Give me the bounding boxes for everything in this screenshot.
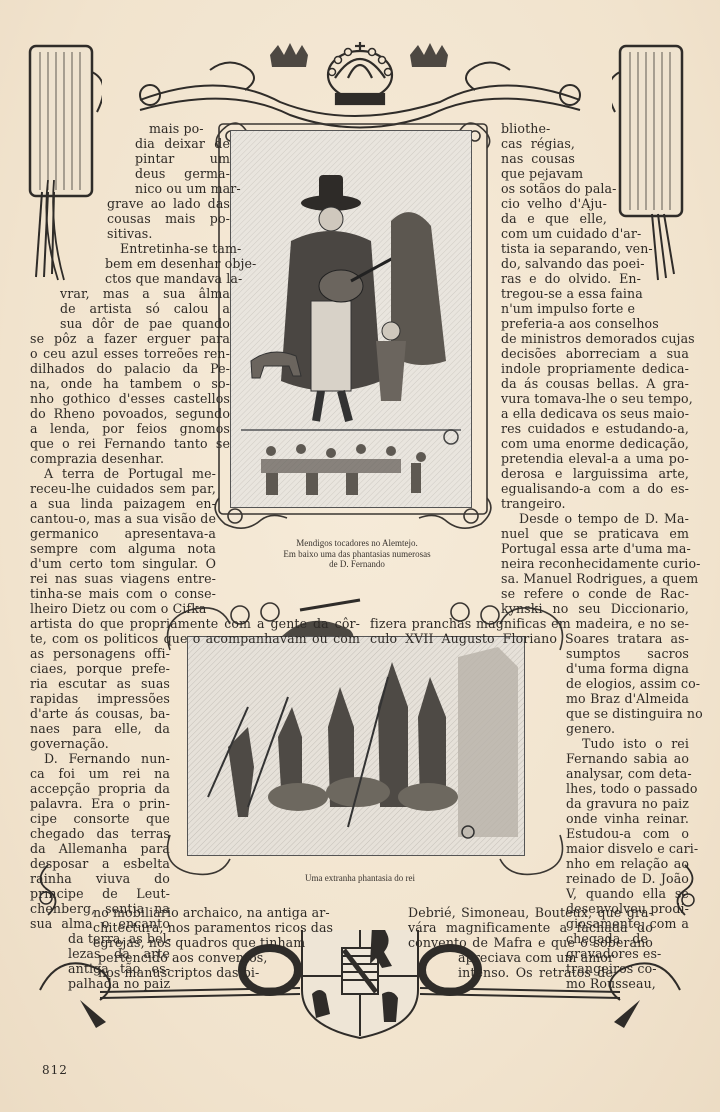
- text-line: nos manuscriptos das bi-: [98, 965, 259, 980]
- text-line: do, salvando das poei-: [501, 256, 641, 271]
- text-line: receu-lhe cuidados sem par,: [30, 481, 216, 496]
- text-line: com uma enorme dedicação,: [501, 436, 689, 451]
- text-line: apreciava com um amor: [458, 950, 610, 965]
- text-line: Estudou-a com o: [566, 826, 689, 841]
- page-number: 812: [42, 1063, 68, 1077]
- text-line: res cuidados e estudando-a,: [501, 421, 689, 436]
- text-line: pertencido aos conventos,: [98, 950, 267, 965]
- text-line: de elogios, assim co-: [566, 676, 689, 691]
- text-line: nico ou um mar-: [135, 181, 230, 196]
- text-line: bliothe-: [501, 121, 550, 136]
- text-line: germanico apresentava-a: [30, 526, 216, 541]
- text-line: convento de Mafra e que o soberano: [408, 935, 653, 950]
- text-line: neira reconhecidamente curio-: [501, 556, 689, 571]
- text-line: a sua linda paizagem en-: [30, 496, 216, 511]
- text-line: ria escutar as suas: [30, 676, 170, 691]
- caption-illustration-2: Uma extranha phantasia do rei: [210, 873, 510, 884]
- text-line: deus germa-: [135, 166, 230, 181]
- text-line: tinha-se mais com o conse-: [30, 586, 216, 601]
- text-line: genero.: [566, 721, 615, 736]
- text-line: ras e do olvido. En-: [501, 271, 641, 286]
- text-line: dilhados do palacio da Pe-: [30, 361, 230, 376]
- text-line: vura tomava-lhe o seu tempo,: [501, 391, 689, 406]
- text-line: egualisando-a com a do es-: [501, 481, 689, 496]
- text-line: os sotãos do pala-: [501, 181, 607, 196]
- text-line: d'um certo tom singular. O: [30, 556, 216, 571]
- text-line: palavra. Era o prin-: [30, 796, 170, 811]
- text-line: a ella dedicava os seus maio-: [501, 406, 689, 421]
- caption-line: Uma extranha phantasia do rei: [210, 873, 510, 884]
- text-line: na, onde ha tambem o so-: [30, 376, 230, 391]
- text-line: sua dôr de pae quando: [60, 316, 230, 331]
- text-line: ciaes, porque prefe-: [30, 661, 170, 676]
- text-line: lheiro Dietz ou com o Cifka: [30, 601, 207, 616]
- text-line: se refere o conde de Rac-: [501, 586, 689, 601]
- text-line: D. Fernando nun-: [44, 751, 170, 766]
- text-line: te, com os politicos que o acompanhavam …: [30, 631, 360, 646]
- text-line: principe de Leut-: [30, 886, 170, 901]
- text-line: de ministros demorados cujas: [501, 331, 689, 346]
- text-line: sa. Manuel Rodrigues, a quem: [501, 571, 689, 586]
- text-line: fizera pranchas magnificas em madeira, e…: [370, 616, 689, 631]
- text-line: Tudo isto o rei: [582, 736, 689, 751]
- engraving-procession: [188, 637, 524, 855]
- text-line: Entretinha-se tam-: [120, 241, 230, 256]
- text-line: lhes, todo o passado: [566, 781, 689, 796]
- scroll-ornament-left: [38, 180, 78, 290]
- text-line: Portugal essa arte d'uma ma-: [501, 541, 689, 556]
- text-line: tregou-se a essa faina: [501, 286, 641, 301]
- text-line: que se distinguira no: [566, 706, 689, 721]
- text-line: d'uma forma digna: [566, 661, 689, 676]
- text-line: da gravura no paiz: [566, 796, 689, 811]
- text-line: governação.: [30, 736, 109, 751]
- text-line: chitectura, nos paramentos ricos das: [93, 920, 300, 935]
- text-line: d'arte ás cousas, ba-: [30, 706, 170, 721]
- text-line: dia deixar de: [135, 136, 230, 151]
- text-line: accepção propria da: [30, 781, 170, 796]
- text-line: vrar, mas a sua âlma: [60, 286, 230, 301]
- text-line: egrejas, nos quadros que tinham: [93, 935, 300, 950]
- text-line: artista do que propriamente com a gente …: [30, 616, 360, 631]
- text-line: intenso. Os retratos de: [458, 965, 613, 980]
- text-line: da Allemanha para: [30, 841, 170, 856]
- text-line: cantou-o, mas a sua visão de: [30, 511, 216, 526]
- text-line: culo XVII Augusto Floriano Soares tratar…: [370, 631, 689, 646]
- illustration-mendigos-tocadores: [230, 130, 472, 508]
- text-line: ca foi um rei na: [30, 766, 170, 781]
- text-line: nas cousas: [501, 151, 575, 166]
- caption-line: de D. Fernando: [232, 559, 482, 570]
- text-line: naes para elle, da: [30, 721, 170, 736]
- text-line: bem em desenhar obje-: [105, 256, 230, 271]
- text-line: sumptos sacros: [566, 646, 689, 661]
- engraving-beggar-musicians: [231, 131, 471, 507]
- illustration-phantasia-do-rei: [187, 636, 525, 856]
- text-line: mo Braz d'Almeida: [566, 691, 689, 706]
- text-line: derosa e larguissima arte,: [501, 466, 689, 481]
- text-line: da e que elle,: [501, 211, 607, 226]
- text-line: Debrié, Simoneau, Bouteux, que gra-: [408, 905, 653, 920]
- text-line: sitivas.: [107, 226, 152, 241]
- text-line: mais po-: [149, 121, 204, 136]
- text-line: comprazia desenhar.: [30, 451, 164, 466]
- text-line: sempre com alguma nota: [30, 541, 216, 556]
- text-line: tista ia separando, ven-: [501, 241, 635, 256]
- text-line: Desde o tempo de D. Ma-: [519, 511, 689, 526]
- text-line: cipe consorte que: [30, 811, 170, 826]
- text-line: A terra de Portugal me-: [44, 466, 216, 481]
- text-line: vára magnificamente a fachada do: [408, 920, 653, 935]
- text-line: grave ao lado das: [107, 196, 230, 211]
- text-line: cio velho d'Aju-: [501, 196, 607, 211]
- text-line: preferia-a aos conselhos: [501, 316, 641, 331]
- text-line: kynski no seu Diccionario,: [501, 601, 689, 616]
- text-line: Fernando sabia ao: [566, 751, 689, 766]
- text-line: onde vinha reinar.: [566, 811, 689, 826]
- text-line: pretendia eleval-a a uma po-: [501, 451, 689, 466]
- text-line: cousas mais po-: [107, 211, 230, 226]
- text-line: maior disvelo e cari-: [566, 841, 689, 856]
- text-line: nuel que se praticava em: [501, 526, 689, 541]
- text-line: V, quando ella se: [566, 886, 689, 901]
- text-line: rapidas impressões: [30, 691, 170, 706]
- text-line: nho gothico d'esses castellos: [30, 391, 230, 406]
- text-line: rainha viuva do: [30, 871, 170, 886]
- text-line: que o rei Fernando tanto se: [30, 436, 230, 451]
- text-line: ctos que mandava la-: [105, 271, 230, 286]
- text-line: a lenda, por feios gnomos: [30, 421, 230, 436]
- text-line: reinado de D. João: [566, 871, 689, 886]
- text-line: de artista só calou a: [60, 301, 230, 316]
- text-line: pintar um: [135, 151, 230, 166]
- text-line: indole propriamente dedica-: [501, 361, 689, 376]
- text-line: rei nas suas viagens entre-: [30, 571, 216, 586]
- text-line: com um cuidado d'ar-: [501, 226, 629, 241]
- text-line: que pejavam: [501, 166, 575, 181]
- text-line: n'um impulso forte e: [501, 301, 635, 316]
- caption-line: Em baixo uma das phantasias numerosas: [232, 549, 482, 560]
- text-line: cas régias,: [501, 136, 575, 151]
- text-line: analysar, com deta-: [566, 766, 689, 781]
- text-line: trangeiro.: [501, 496, 566, 511]
- text-line: decisões aborreciam a sua: [501, 346, 689, 361]
- text-line: as personagens offi-: [30, 646, 170, 661]
- caption-line: Mendigos tocadores no Alemtejo.: [232, 538, 482, 549]
- text-line: no mobiliario archaico, na antiga ar-: [93, 905, 300, 920]
- text-line: se pôz a fazer erguer para: [30, 331, 230, 346]
- text-line: da ás cousas bellas. A gra-: [501, 376, 689, 391]
- caption-illustration-1: Mendigos tocadores no Alemtejo. Em baixo…: [232, 538, 482, 570]
- text-line: o ceu azul esses torreões ren-: [30, 346, 230, 361]
- text-line: chegado das terras: [30, 826, 170, 841]
- text-line: nho em relação ao: [566, 856, 689, 871]
- text-line: do Rheno povoados, segundo: [30, 406, 230, 421]
- text-line: desposar a esbelta: [30, 856, 170, 871]
